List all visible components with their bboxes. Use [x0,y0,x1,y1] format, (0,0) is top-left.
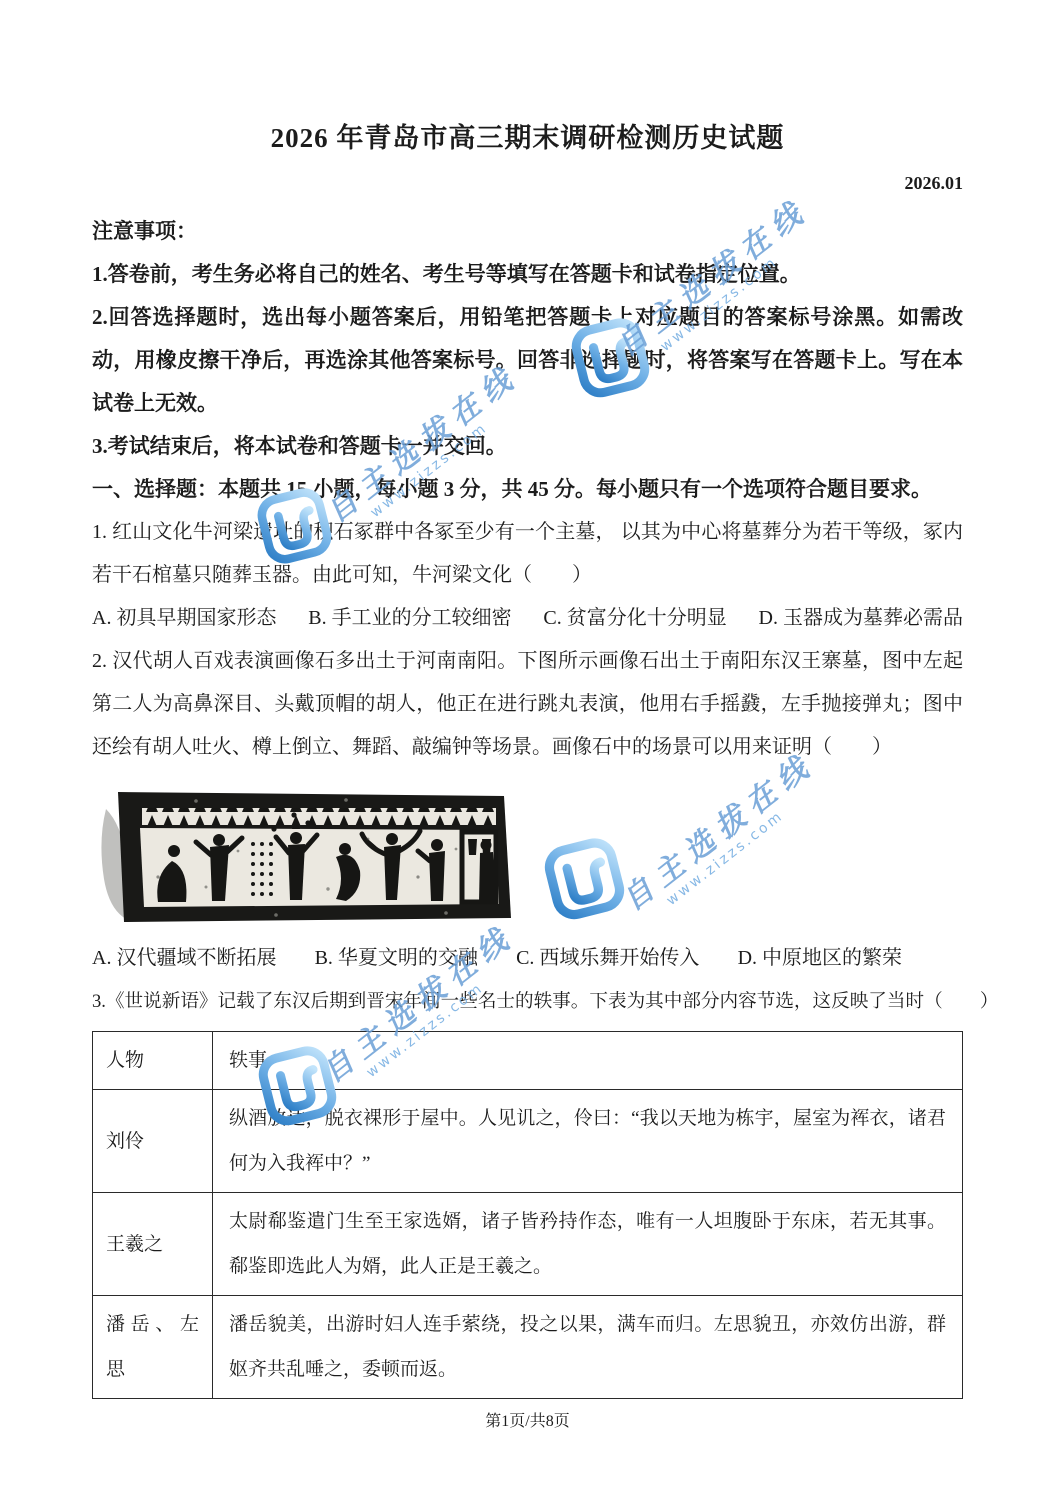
table-header-person: 人物 [93,1032,213,1090]
table-header-story: 轶事 [213,1032,963,1090]
page-title: 2026 年青岛市高三期末调研检测历史试题 [92,116,963,155]
table-cell-person: 刘伶 [93,1090,213,1193]
page-footer: 第1页/共8页 [92,1408,963,1431]
q2-option-a: A. 汉代疆域不断拓展 [92,937,276,980]
table-cell-story: 潘岳貌美，出游时妇人连手萦绕，投之以果，满车而归。左思貌丑，亦效仿出游，群妪齐共… [213,1296,963,1399]
table-row: 王羲之 太尉郗鉴遣门生至王家选婿，诸子皆矜持作态，唯有一人坦腹卧于东床，若无其事… [93,1193,963,1296]
q2-option-b: B. 华夏文明的交融 [315,937,478,980]
question-1-options: A. 初具早期国家形态 B. 手工业的分工较细密 C. 贫富分化十分明显 D. … [92,597,963,640]
table-cell-story: 太尉郗鉴遣门生至王家选婿，诸子皆矜持作态，唯有一人坦腹卧于东床，若无其事。郗鉴即… [213,1193,963,1296]
notice-item-3: 3.考试结束后，将本试卷和答题卡一并交回。 [92,425,963,468]
table-cell-story: 纵酒放达，脱衣裸形于屋中。人见讥之，伶曰：“我以天地为栋宇，屋室为裈衣，诸君何为… [213,1090,963,1193]
q2-option-d: D. 中原地区的繁荣 [738,937,902,980]
notice-item-1: 1.答卷前，考生务必将自己的姓名、考生号等填写在答题卡和试卷指定位置。 [92,253,963,296]
table-row: 刘伶 纵酒放达，脱衣裸形于屋中。人见讥之，伶曰：“我以天地为栋宇，屋室为裈衣，诸… [93,1090,963,1193]
stone-relief-drawing [96,779,526,937]
q2-option-c: C. 西域乐舞开始传入 [516,937,699,980]
q1-option-b: B. 手工业的分工较细密 [308,597,511,640]
section-heading: 一、选择题：本题共 15 小题，每小题 3 分，共 45 分。每小题只有一个选项… [92,468,963,511]
question-3-stem: 3.《世说新语》记载了东汉后期到晋宋年间一些名士的轶事。下表为其中部分内容节选，… [92,980,963,1023]
table-cell-person: 王羲之 [93,1193,213,1296]
question-1-stem: 1. 红山文化牛河梁遗址的积石冢群中各冢至少有一个主墓， 以其为中心将墓葬分为若… [92,511,963,597]
table-cell-person: 潘岳、左思 [93,1296,213,1399]
q1-option-d: D. 玉器成为墓葬必需品 [759,597,963,640]
q1-option-a: A. 初具早期国家形态 [92,597,276,640]
question-2-stem: 2. 汉代胡人百戏表演画像石多出土于河南南阳。下图所示画像石出土于南阳东汉王寨墓… [92,640,963,769]
q1-option-c: C. 贫富分化十分明显 [543,597,726,640]
exam-date: 2026.01 [92,173,963,194]
question-2-options: A. 汉代疆域不断拓展 B. 华夏文明的交融 C. 西域乐舞开始传入 D. 中原… [92,937,902,980]
exam-page: 自主选拔在线 www.zizzs.com 自主选拔在线 www.zizzs.co… [0,0,1051,1486]
notice-heading: 注意事项： [92,210,963,253]
table-header-row: 人物 轶事 [93,1032,963,1090]
stone-relief-image [96,779,526,937]
question-3-table: 人物 轶事 刘伶 纵酒放达，脱衣裸形于屋中。人见讥之，伶曰：“我以天地为栋宇，屋… [92,1031,963,1399]
table-row: 潘岳、左思 潘岳貌美，出游时妇人连手萦绕，投之以果，满车而归。左思貌丑，亦效仿出… [93,1296,963,1399]
notice-item-2: 2.回答选择题时，选出每小题答案后，用铅笔把答题卡上对应题目的答案标号涂黑。如需… [92,296,963,425]
